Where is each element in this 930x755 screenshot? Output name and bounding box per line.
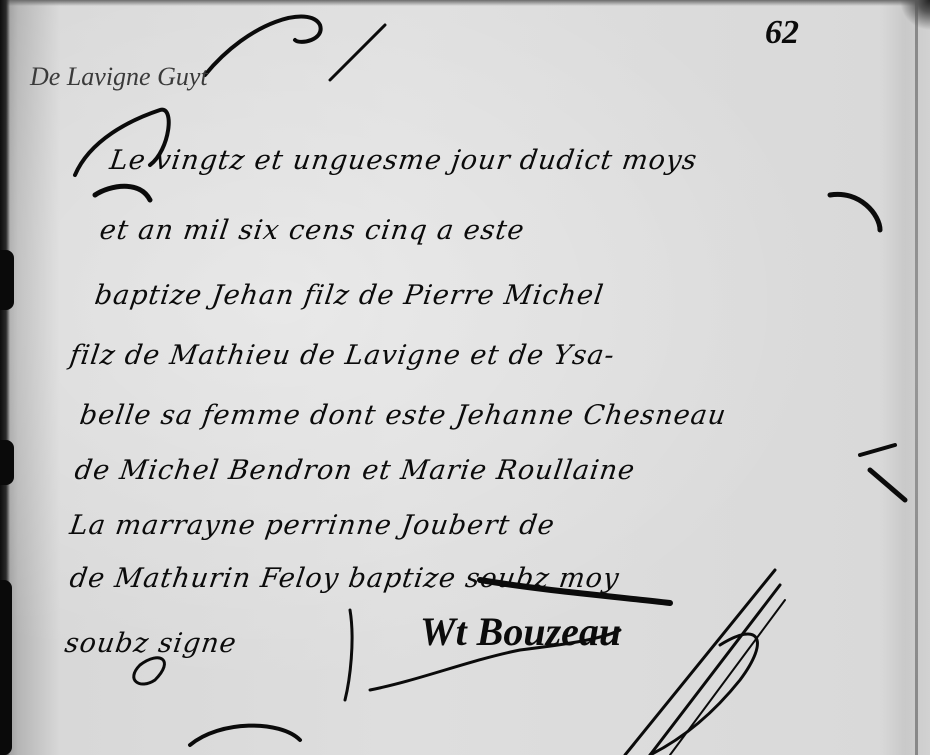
text-line: Le vingtz et unguesme jour dudict moys — [108, 145, 700, 176]
text-line: de Michel Bendron et Marie Roullaine — [73, 455, 637, 486]
folio-number: 62 — [765, 14, 799, 52]
signature: Wt Bouzeau — [420, 608, 621, 655]
margin-note: De Lavigne Guyt — [30, 62, 208, 92]
page-fold-line — [915, 0, 918, 755]
binding-blot — [0, 440, 14, 485]
binding-blot — [0, 580, 12, 755]
text-line: baptize Jehan filz de Pierre Michel — [93, 280, 606, 311]
text-line: soubz signe — [63, 628, 239, 659]
page-corner-shadow — [890, 0, 930, 30]
text-line: belle sa femme dont este Jehanne Chesnea… — [78, 400, 729, 431]
binding-blot — [0, 250, 14, 310]
manuscript-page: De Lavigne Guyt 62 Le vingtz et unguesme… — [0, 0, 930, 755]
text-line: La marrayne perrinne Joubert de — [68, 510, 557, 541]
text-line: filz de Mathieu de Lavigne et de Ysa- — [68, 340, 617, 371]
text-line: et an mil six cens cinq a este — [98, 215, 527, 246]
page-top-edge — [0, 0, 930, 6]
text-line: de Mathurin Feloy baptize soubz moy — [68, 563, 622, 594]
